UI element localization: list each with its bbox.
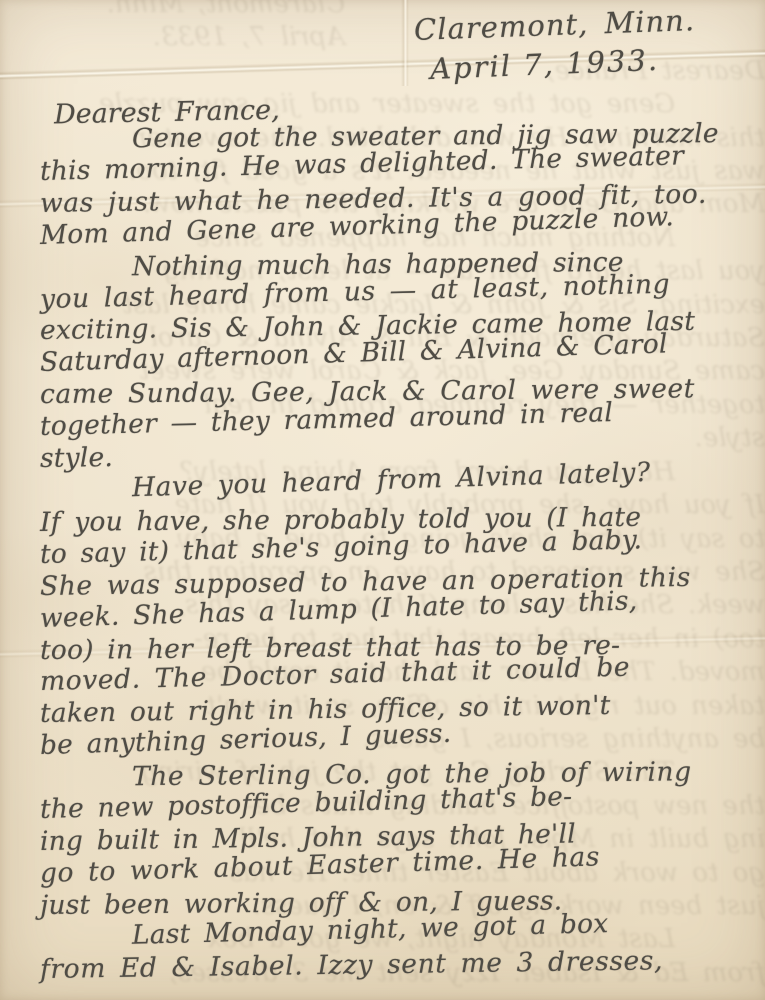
letter-body: Gene got the sweater and jig saw puzzlet… [40, 124, 750, 985]
letter-place: Claremont, Minn. [413, 3, 695, 47]
letter-date: April 7, 1933. [413, 41, 695, 86]
ghost-line: April 7, 1933. [0, 21, 765, 54]
letter-page: Claremont, Minn.April 7, 1933.Dearest Fr… [0, 0, 765, 1000]
ghost-line: Dearest France, [0, 55, 765, 88]
fold-crease-horizontal-top [0, 48, 765, 81]
ghost-line: Claremont, Minn. [0, 0, 765, 21]
letter-heading: Claremont, Minn. April 7, 1933. [414, 8, 695, 81]
fold-crease-vertical-top [401, 0, 409, 86]
